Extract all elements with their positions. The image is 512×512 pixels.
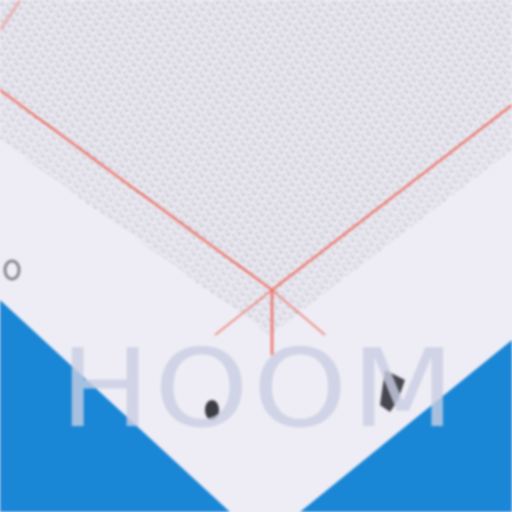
photo-scene: HOOM bbox=[0, 0, 512, 512]
faded-letters: HOOM bbox=[60, 327, 459, 452]
